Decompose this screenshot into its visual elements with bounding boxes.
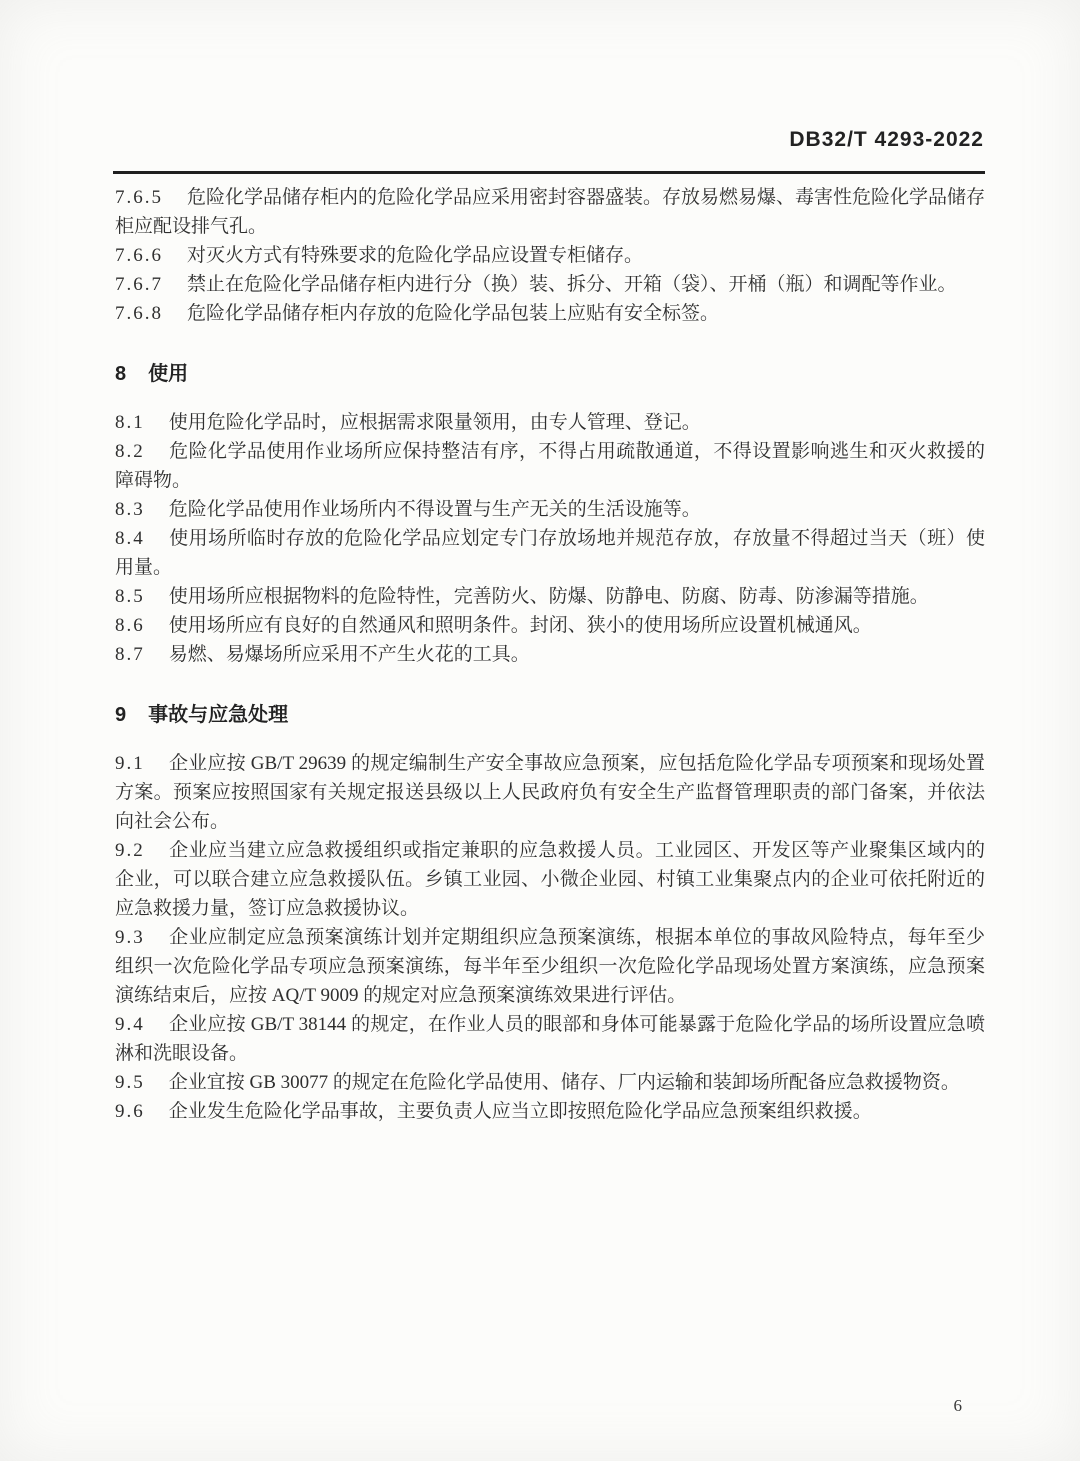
clause-8-6: 8.6使用场所应有良好的自然通风和照明条件。封闭、狭小的使用场所应设置机械通风。 bbox=[115, 611, 985, 640]
clause-text: 使用危险化学品时，应根据需求限量领用，由专人管理、登记。 bbox=[169, 412, 701, 433]
clause-text: 危险化学品使用作业场所内不得设置与生产无关的生活设施等。 bbox=[169, 499, 701, 520]
clause-text: 禁止在危险化学品储存柜内进行分（换）装、拆分、开箱（袋）、开桶（瓶）和调配等作业… bbox=[187, 274, 957, 295]
clause-7-6-6: 7.6.6对灭火方式有特殊要求的危险化学品应设置专柜储存。 bbox=[115, 241, 985, 270]
clause-text: 企业应按 GB/T 29639 的规定编制生产安全事故应急预案，应包括危险化学品… bbox=[115, 753, 985, 832]
standard-code-header: DB32/T 4293-2022 bbox=[115, 128, 984, 152]
clause-8-1: 8.1使用危险化学品时，应根据需求限量领用，由专人管理、登记。 bbox=[115, 408, 985, 437]
document-body: 7.6.5危险化学品储存柜内的危险化学品应采用密封容器盛装。存放易燃易爆、毒害性… bbox=[115, 183, 985, 1126]
clause-number: 9.5 bbox=[115, 1068, 145, 1097]
clause-number: 8.3 bbox=[115, 495, 145, 524]
clause-8-4: 8.4使用场所临时存放的危险化学品应划定专门存放场地并规范存放，存放量不得超过当… bbox=[115, 524, 985, 582]
clause-9-6: 9.6企业发生危险化学品事故，主要负责人应当立即按照危险化学品应急预案组织救援。 bbox=[115, 1097, 985, 1126]
clause-7-6-8: 7.6.8危险化学品储存柜内存放的危险化学品包装上应贴有安全标签。 bbox=[115, 299, 985, 328]
clause-number: 7.6.5 bbox=[115, 183, 163, 212]
section-8-heading: 8使用 bbox=[115, 358, 985, 390]
clause-number: 8.7 bbox=[115, 640, 145, 669]
clause-8-2: 8.2危险化学品使用作业场所应保持整洁有序，不得占用疏散通道，不得设置影响逃生和… bbox=[115, 437, 985, 495]
clause-number: 7.6.6 bbox=[115, 241, 163, 270]
clause-8-7: 8.7易燃、易爆场所应采用不产生火花的工具。 bbox=[115, 640, 985, 669]
clause-text: 使用场所临时存放的危险化学品应划定专门存放场地并规范存放，存放量不得超过当天（班… bbox=[115, 528, 985, 578]
clause-text: 危险化学品使用作业场所应保持整洁有序，不得占用疏散通道，不得设置影响逃生和灭火救… bbox=[115, 441, 985, 491]
section-title: 事故与应急处理 bbox=[148, 704, 288, 726]
clause-number: 8.5 bbox=[115, 582, 145, 611]
clause-9-3: 9.3企业应制定应急预案演练计划并定期组织应急预案演练，根据本单位的事故风险特点… bbox=[115, 923, 985, 1010]
clause-number: 9.6 bbox=[115, 1097, 145, 1126]
clause-9-2: 9.2企业应当建立应急救援组织或指定兼职的应急救援人员。工业园区、开发区等产业聚… bbox=[115, 836, 985, 923]
clause-text: 企业宜按 GB 30077 的规定在危险化学品使用、储存、厂内运输和装卸场所配备… bbox=[169, 1072, 960, 1093]
clause-8-3: 8.3危险化学品使用作业场所内不得设置与生产无关的生活设施等。 bbox=[115, 495, 985, 524]
section-9-heading: 9事故与应急处理 bbox=[115, 699, 985, 731]
clause-number: 8.4 bbox=[115, 524, 145, 553]
clause-7-6-5: 7.6.5危险化学品储存柜内的危险化学品应采用密封容器盛装。存放易燃易爆、毒害性… bbox=[115, 183, 985, 241]
clause-text: 企业发生危险化学品事故，主要负责人应当立即按照危险化学品应急预案组织救援。 bbox=[169, 1101, 872, 1122]
clause-text: 企业应当建立应急救援组织或指定兼职的应急救援人员。工业园区、开发区等产业聚集区域… bbox=[115, 840, 985, 919]
clause-text: 企业应制定应急预案演练计划并定期组织应急预案演练，根据本单位的事故风险特点，每年… bbox=[115, 927, 985, 1006]
clause-number: 9.4 bbox=[115, 1010, 145, 1039]
section-title: 使用 bbox=[148, 363, 188, 385]
clause-text: 企业应按 GB/T 38144 的规定，在作业人员的眼部和身体可能暴露于危险化学… bbox=[115, 1014, 985, 1064]
section-number: 9 bbox=[115, 699, 126, 731]
clause-number: 7.6.8 bbox=[115, 299, 163, 328]
clause-number: 8.2 bbox=[115, 437, 145, 466]
clause-9-4: 9.4企业应按 GB/T 38144 的规定，在作业人员的眼部和身体可能暴露于危… bbox=[115, 1010, 985, 1068]
page-number: 6 bbox=[954, 1396, 963, 1416]
clause-number: 9.3 bbox=[115, 923, 145, 952]
clause-7-6-7: 7.6.7禁止在危险化学品储存柜内进行分（换）装、拆分、开箱（袋）、开桶（瓶）和… bbox=[115, 270, 985, 299]
clause-text: 使用场所应根据物料的危险特性，完善防火、防爆、防静电、防腐、防毒、防渗漏等措施。 bbox=[169, 586, 929, 607]
clause-text: 危险化学品储存柜内存放的危险化学品包装上应贴有安全标签。 bbox=[187, 303, 719, 324]
clause-number: 9.1 bbox=[115, 749, 145, 778]
document-page: DB32/T 4293-2022 7.6.5危险化学品储存柜内的危险化学品应采用… bbox=[0, 0, 1080, 1461]
clause-9-1: 9.1企业应按 GB/T 29639 的规定编制生产安全事故应急预案，应包括危险… bbox=[115, 749, 985, 836]
clause-number: 7.6.7 bbox=[115, 270, 163, 299]
clause-number: 8.6 bbox=[115, 611, 145, 640]
section-number: 8 bbox=[115, 358, 126, 390]
clause-text: 对灭火方式有特殊要求的危险化学品应设置专柜储存。 bbox=[187, 245, 643, 266]
clause-text: 危险化学品储存柜内的危险化学品应采用密封容器盛装。存放易燃易爆、毒害性危险化学品… bbox=[115, 187, 985, 237]
clause-8-5: 8.5使用场所应根据物料的危险特性，完善防火、防爆、防静电、防腐、防毒、防渗漏等… bbox=[115, 582, 985, 611]
header-divider bbox=[113, 171, 985, 174]
clause-number: 8.1 bbox=[115, 408, 145, 437]
clause-9-5: 9.5企业宜按 GB 30077 的规定在危险化学品使用、储存、厂内运输和装卸场… bbox=[115, 1068, 985, 1097]
clause-text: 使用场所应有良好的自然通风和照明条件。封闭、狭小的使用场所应设置机械通风。 bbox=[169, 615, 872, 636]
clause-text: 易燃、易爆场所应采用不产生火花的工具。 bbox=[169, 644, 530, 665]
clause-number: 9.2 bbox=[115, 836, 145, 865]
